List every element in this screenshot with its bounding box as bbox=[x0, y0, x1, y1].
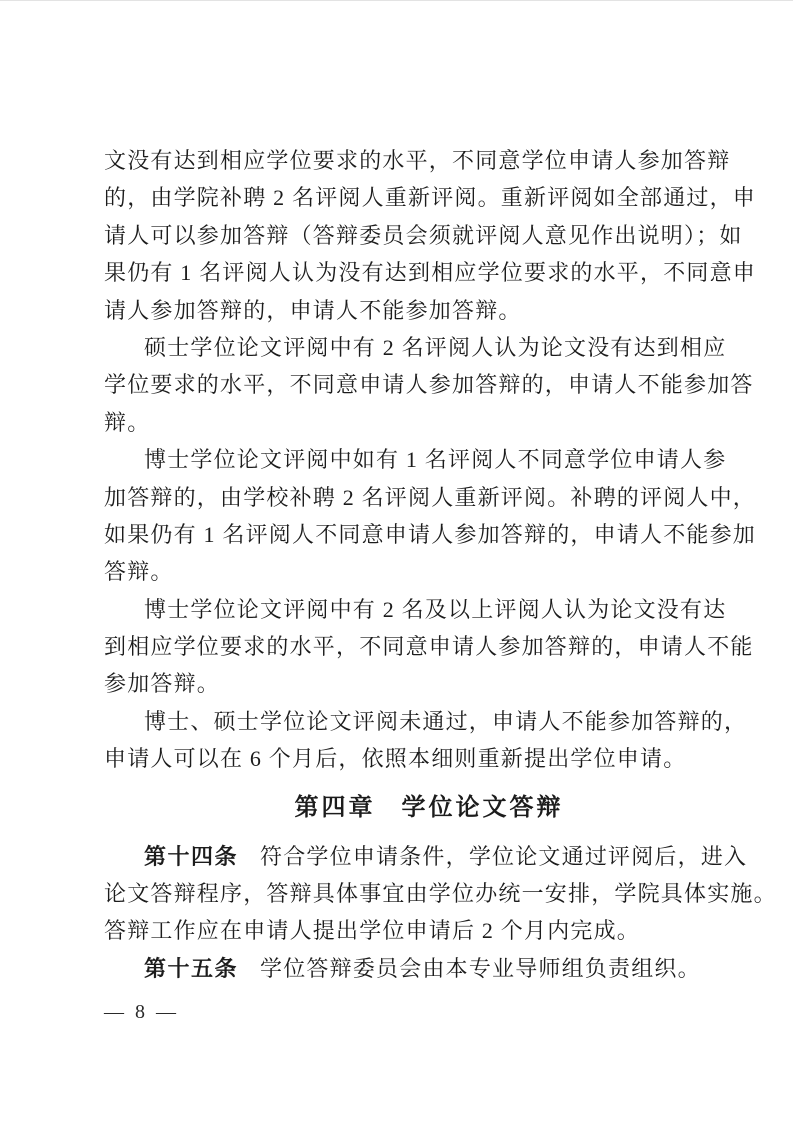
article-number: 第十四条 bbox=[144, 844, 238, 869]
line-text: 果仍有 1 名评阅人认为没有达到相应学位要求的水平，不同意申 bbox=[104, 260, 756, 285]
line-text: 请人参加答辩的，申请人不能参加答辩。 bbox=[104, 298, 522, 323]
text-line: 加答辩的，由学校补聘 2 名评阅人重新评阅。补聘的评阅人中， bbox=[104, 479, 754, 516]
line-text: 辩。 bbox=[104, 410, 150, 435]
line-text: 博士学位论文评阅中有 2 名及以上评阅人认为论文没有达 bbox=[144, 597, 726, 622]
text-line: 到相应学位要求的水平，不同意申请人参加答辩的，申请人不能 bbox=[104, 628, 754, 665]
chapter-title: 学位论文答辩 bbox=[402, 794, 564, 821]
text-line: 博士、硕士学位论文评阅未通过，申请人不能参加答辩的， bbox=[104, 703, 754, 740]
text-line: 第十五条学位答辩委员会由本专业导师组负责组织。 bbox=[104, 950, 754, 987]
text-line: 学位要求的水平，不同意申请人参加答辩的，申请人不能参加答 bbox=[104, 366, 754, 403]
line-text: 请人可以参加答辩（答辩委员会须就评阅人意见作出说明）；如 bbox=[104, 223, 743, 248]
text-line: 文没有达到相应学位要求的水平，不同意学位申请人参加答辩 bbox=[104, 142, 754, 179]
text-line: 辩。 bbox=[104, 404, 754, 441]
document-page: 文没有达到相应学位要求的水平，不同意学位申请人参加答辩的，由学院补聘 2 名评阅… bbox=[0, 0, 793, 1123]
chapter-number: 第四章 bbox=[295, 794, 376, 821]
line-text: 的，由学院补聘 2 名评阅人重新评阅。重新评阅如全部通过，申 bbox=[104, 185, 756, 210]
text-line: 果仍有 1 名评阅人认为没有达到相应学位要求的水平，不同意申 bbox=[104, 254, 754, 291]
line-text: 到相应学位要求的水平，不同意申请人参加答辩的，申请人不能 bbox=[104, 634, 754, 659]
line-text: 答辩工作应在申请人提出学位申请后 2 个月内完成。 bbox=[104, 918, 640, 943]
line-text: 如果仍有 1 名评阅人不同意申请人参加答辩的，申请人不能参加 bbox=[104, 522, 756, 547]
line-text: 博士学位论文评阅中如有 1 名评阅人不同意学位申请人参 bbox=[144, 447, 726, 472]
text-line: 答辩工作应在申请人提出学位申请后 2 个月内完成。 bbox=[104, 912, 754, 949]
chapter-heading: 第四章学位论文答辩 bbox=[104, 787, 754, 829]
text-line: 硕士学位论文评阅中有 2 名评阅人认为论文没有达到相应 bbox=[104, 329, 754, 366]
page-number: — 8 — bbox=[104, 1001, 179, 1024]
line-text: 论文答辩程序，答辩具体事宜由学位办统一安排，学院具体实施。 bbox=[104, 881, 777, 906]
line-text: 文没有达到相应学位要求的水平，不同意学位申请人参加答辩 bbox=[104, 148, 730, 173]
line-text: 符合学位申请条件，学位论文通过评阅后，进入 bbox=[260, 844, 747, 869]
line-text: 硕士学位论文评阅中有 2 名评阅人认为论文没有达到相应 bbox=[144, 335, 726, 360]
line-text: 申请人可以在 6 个月后，依照本细则重新提出学位申请。 bbox=[104, 746, 686, 771]
line-text: 学位答辩委员会由本专业导师组负责组织。 bbox=[260, 956, 701, 981]
text-line: 如果仍有 1 名评阅人不同意申请人参加答辩的，申请人不能参加 bbox=[104, 516, 754, 553]
line-text: 参加答辩。 bbox=[104, 671, 220, 696]
line-text: 学位要求的水平，不同意申请人参加答辩的，申请人不能参加答 bbox=[104, 372, 754, 397]
document-body: 文没有达到相应学位要求的水平，不同意学位申请人参加答辩的，由学院补聘 2 名评阅… bbox=[104, 142, 754, 987]
line-text: 博士、硕士学位论文评阅未通过，申请人不能参加答辩的， bbox=[144, 709, 747, 734]
text-line: 申请人可以在 6 个月后，依照本细则重新提出学位申请。 bbox=[104, 740, 754, 777]
text-line: 的，由学院补聘 2 名评阅人重新评阅。重新评阅如全部通过，申 bbox=[104, 179, 754, 216]
text-line: 第十四条符合学位申请条件，学位论文通过评阅后，进入 bbox=[104, 838, 754, 875]
text-line: 请人可以参加答辩（答辩委员会须就评阅人意见作出说明）；如 bbox=[104, 217, 754, 254]
text-line: 答辩。 bbox=[104, 553, 754, 590]
text-line: 论文答辩程序，答辩具体事宜由学位办统一安排，学院具体实施。 bbox=[104, 875, 754, 912]
text-line: 博士学位论文评阅中如有 1 名评阅人不同意学位申请人参 bbox=[104, 441, 754, 478]
text-line: 请人参加答辩的，申请人不能参加答辩。 bbox=[104, 292, 754, 329]
line-text: 答辩。 bbox=[104, 559, 174, 584]
article-number: 第十五条 bbox=[144, 956, 238, 981]
text-line: 博士学位论文评阅中有 2 名及以上评阅人认为论文没有达 bbox=[104, 591, 754, 628]
text-line: 参加答辩。 bbox=[104, 665, 754, 702]
line-text: 加答辩的，由学校补聘 2 名评阅人重新评阅。补聘的评阅人中， bbox=[104, 485, 756, 510]
